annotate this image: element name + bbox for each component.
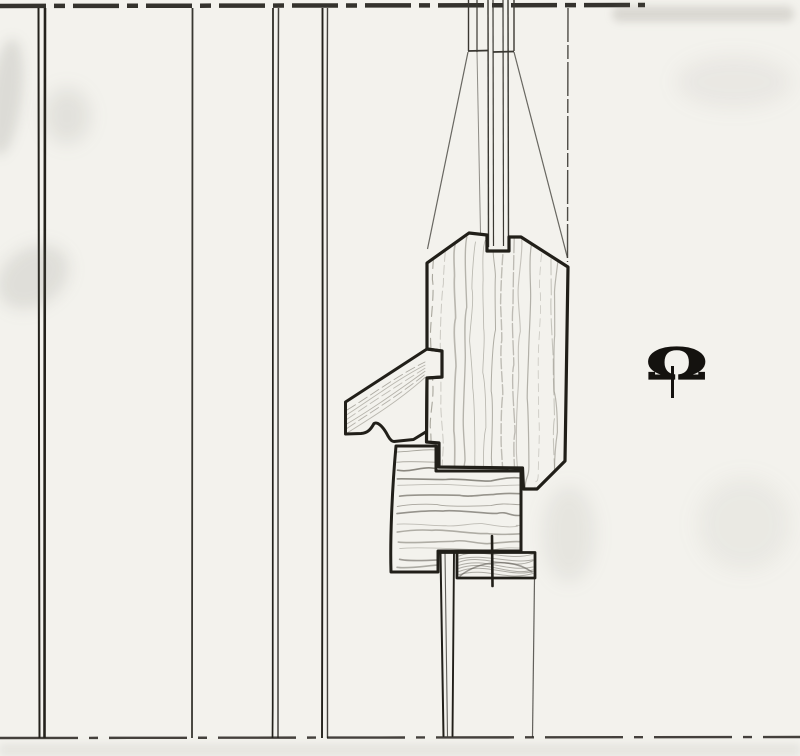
wood-grain-stroke xyxy=(398,541,520,544)
sash-projection-line xyxy=(568,8,569,262)
wood-grain-stroke xyxy=(347,371,425,424)
wall-line-c1 xyxy=(273,8,274,738)
wood-grain-stroke xyxy=(483,240,486,488)
sash-stile-outline xyxy=(427,233,569,489)
glazing-break-cap xyxy=(493,52,514,53)
panel-edge-inner xyxy=(445,553,448,736)
wall-line-b xyxy=(192,8,193,738)
glass-pane-edge xyxy=(488,0,489,247)
wood-grain-stroke xyxy=(400,493,520,496)
sash-wood-grain xyxy=(430,235,559,488)
omega-stem xyxy=(671,366,674,398)
wood-grain-stroke xyxy=(347,378,425,434)
wood-grain-stroke xyxy=(525,235,534,488)
wall-line-c2 xyxy=(278,8,279,738)
wall-line-d2 xyxy=(327,8,328,738)
wood-grain-stroke xyxy=(501,242,505,488)
glass-pane-edge xyxy=(493,0,494,246)
wood-grain-stroke xyxy=(430,243,434,489)
weatherboard-wood-grain xyxy=(347,362,425,433)
wood-grain-stroke xyxy=(512,239,515,488)
wood-grain-stroke xyxy=(397,504,520,507)
wood-grain-stroke xyxy=(397,511,520,516)
wood-grain-stroke xyxy=(397,448,522,453)
wood-grain-stroke xyxy=(459,557,533,561)
wall-line-d1 xyxy=(322,8,323,738)
glass-pane-edge xyxy=(508,0,509,247)
wood-grain-stroke xyxy=(516,240,522,488)
glazing-break-cap xyxy=(468,51,488,52)
wood-grain-stroke xyxy=(470,242,476,488)
wood-grain-stroke xyxy=(535,241,544,488)
glass-pane-edge xyxy=(503,0,504,246)
panel-edge-right xyxy=(453,553,455,736)
sill-board-end-grain xyxy=(459,553,533,576)
screw-centerline xyxy=(492,536,493,586)
wall-line-a2 xyxy=(45,8,46,738)
timber-outlines xyxy=(346,233,569,736)
glazing-unit xyxy=(428,0,568,258)
sash-upper-edge-faint xyxy=(477,52,481,233)
wood-grain-stroke xyxy=(347,374,425,428)
wood-grain-stroke xyxy=(397,478,520,481)
wood-grain-stroke xyxy=(397,530,520,534)
omega-glyph: Ω xyxy=(646,343,715,386)
board-projection-line xyxy=(533,578,535,737)
wood-grain-stroke xyxy=(491,237,495,488)
wood-grain-stroke xyxy=(452,237,457,488)
weatherboard-outline xyxy=(346,349,443,442)
wood-grain-stroke xyxy=(397,524,520,527)
centerline-bottom xyxy=(0,737,800,738)
centerline-top xyxy=(0,5,645,6)
paper: Ω xyxy=(0,0,800,756)
omega-symbol: Ω xyxy=(646,343,706,399)
wood-grain-stroke xyxy=(347,365,425,415)
panel-edge-left xyxy=(441,553,444,736)
wall-line-a1 xyxy=(38,8,39,738)
wood-grain-stroke xyxy=(461,237,467,488)
chamfer-projection-left xyxy=(428,52,469,249)
wood-grain-stroke xyxy=(397,460,520,462)
chamfer-projection-right xyxy=(514,52,568,258)
wood-grain-stroke xyxy=(398,484,520,486)
